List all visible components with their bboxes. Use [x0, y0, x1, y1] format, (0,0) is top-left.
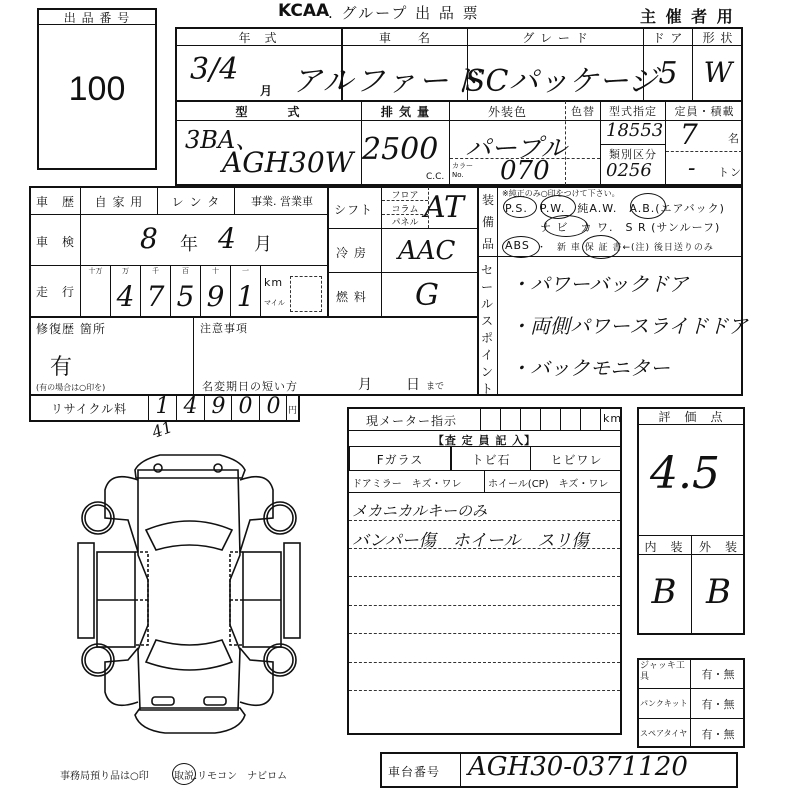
model-designation-label: 型式指定: [601, 103, 665, 119]
displacement-unit: C.C.: [426, 172, 444, 182]
color-no-value: 070: [500, 156, 550, 186]
accessory-puncture-kit-value: 有・無: [691, 696, 745, 712]
caution-label: 注意事項: [200, 320, 248, 336]
score-label: 評 価 点: [637, 408, 745, 425]
mileage-digit-label: 百: [171, 266, 200, 276]
header-title: . グループ 出 品 票: [328, 2, 480, 23]
load-unit: トン: [718, 164, 742, 180]
fuel-value: G: [415, 278, 439, 313]
wheel-label: ホイール(CP) キズ・ワレ: [488, 475, 608, 490]
sales-points-label: セールスポイント: [481, 262, 495, 398]
accessory-puncture-kit-label: パンクキット: [640, 698, 688, 709]
caution-day-unit: 日: [406, 374, 421, 394]
inspector-note: バンパー傷 ホイール スリ傷: [352, 526, 588, 551]
repair-label: 修復歴 箇所: [36, 320, 106, 337]
model-designation-value: 18553: [606, 120, 663, 141]
mileage-digit: 1: [231, 280, 260, 313]
doors-label: ド ア: [644, 29, 692, 46]
recycle-digit: 1: [149, 394, 176, 419]
circle-mark-ab: [630, 193, 666, 219]
load-value: -: [688, 156, 695, 181]
sales-point: ・両側パワースライドドア: [510, 310, 748, 339]
office-note: 事務局預り品は○印: [60, 767, 149, 782]
caution-month-unit: 月: [358, 374, 373, 394]
meter-unit: km: [603, 412, 622, 425]
mileage-digit: 4: [111, 280, 140, 313]
recycle-digit: 0: [260, 394, 287, 419]
score-value: 4.5: [650, 448, 720, 499]
shift-label: シフト: [334, 201, 373, 218]
inspection-year-unit: 年: [180, 230, 199, 256]
circle-mark-warranty: [582, 235, 620, 259]
mileage-digit-label: 十万: [81, 266, 110, 276]
grade-label: グ レ ー ド: [468, 29, 643, 46]
model-value-2: AGH30W: [222, 146, 353, 179]
color-no-label: カラー No.: [452, 162, 476, 180]
inspector-header: 【査 定 員 記 入】: [347, 432, 622, 448]
shape-label: 形 状: [693, 29, 743, 46]
mileage-digit-label: 十: [201, 266, 230, 276]
model-label: 型 式: [175, 103, 361, 120]
capacity-label: 定員・積載: [666, 103, 743, 119]
header-brand: KCAA: [278, 1, 329, 21]
history-label: 車 歴: [36, 193, 75, 210]
displacement-label: 排 気 量: [362, 103, 449, 120]
color-change-label: 色替: [566, 103, 600, 119]
history-option-rental: レ ン タ: [158, 193, 234, 210]
recycle-label: リサイクル料: [30, 400, 148, 417]
fuel-label: 燃 料: [336, 288, 367, 305]
footer-items: 取説.リモコン ナビロム: [174, 767, 287, 782]
mileage-digit-label: 万: [111, 266, 140, 276]
shift-option-panel: パネル: [382, 215, 428, 228]
lot-number: 100: [37, 70, 157, 109]
mileage-digit: 7: [141, 280, 170, 313]
mileage-unit-km: km: [264, 276, 283, 289]
accessory-spare-tire-label: スペアタイヤ: [640, 728, 687, 739]
history-option-private: 自 家 用: [81, 193, 157, 210]
accessory-spare-tire-value: 有・無: [691, 726, 745, 742]
year-month-unit: 月: [260, 82, 273, 99]
shift-option-column: コラム: [382, 202, 428, 215]
lot-label: 出 品 番 号: [37, 9, 157, 26]
equipment-line-1: P.S. P.W. 純A.W. A.B.(エアバック): [505, 200, 725, 216]
mileage-digit: 9: [201, 280, 230, 313]
shape-value: W: [693, 56, 743, 89]
circle-mark-navi: [544, 215, 588, 237]
chassis-label: 車台番号: [388, 763, 440, 780]
displacement-value: 2500: [362, 132, 438, 167]
category-value: 0256: [606, 160, 652, 181]
capacity-value: 7: [680, 118, 698, 151]
interior-label: 内 装: [637, 538, 691, 555]
repair-value: 有: [50, 350, 72, 381]
circle-mark-abs: [502, 236, 540, 258]
year-value: 3/4: [190, 52, 238, 87]
mileage-unit-mile: マイル: [264, 298, 285, 308]
stone-chip-label: トビ石: [452, 451, 530, 468]
caution-until: まで: [426, 379, 444, 392]
car-name-value: アルファード: [292, 56, 482, 100]
ac-label: 冷 房: [336, 244, 367, 261]
capacity-unit: 名: [728, 130, 740, 146]
shift-option-floor: フロア: [382, 188, 428, 201]
exterior-label: 外 装: [692, 538, 745, 555]
mileage-digit-label: 千: [141, 266, 170, 276]
header-usage: 主 催 者 用: [640, 4, 735, 27]
inspection-month-value: 4: [218, 222, 236, 255]
year-label: 年 式: [175, 29, 341, 46]
sales-point: ・バックモニター: [510, 352, 670, 381]
mileage-label: 走 行: [36, 283, 75, 300]
history-option-business: 事業. 営業車: [235, 193, 329, 209]
circle-mark-ps: [503, 196, 537, 218]
inspection-year-value: 8: [140, 222, 158, 255]
exterior-value: B: [692, 572, 745, 612]
exterior-color-label: 外装色: [450, 103, 565, 120]
inspector-note: メカニカルキーのみ: [352, 500, 487, 521]
accessory-jack-label: ジャッキ工具: [640, 661, 688, 683]
doors-value: 5: [644, 56, 692, 91]
shift-value: AT: [424, 190, 464, 225]
chassis-number: AGH30-0371120: [468, 752, 688, 782]
recycle-unit: 円: [288, 403, 297, 416]
meter-label: 現メーター指示: [366, 412, 457, 429]
repair-note: (有の場合は○印を): [36, 382, 105, 393]
equipment-label-1: 装: [482, 191, 495, 208]
ac-value: AAC: [398, 236, 455, 266]
recycle-digit: 4: [177, 394, 204, 419]
mirror-label: ドアミラー キズ・ワレ: [352, 475, 462, 490]
inspection-label: 車 検: [36, 233, 75, 250]
grade-value: SCパッケージ: [465, 56, 658, 100]
recycle-digit: 9: [205, 394, 232, 419]
equipment-label-3: 品: [482, 235, 495, 252]
car-damage-diagram[interactable]: [70, 440, 310, 740]
equipment-line-3: ・ 新 車 保 証 書←(注) 後日送りのみ: [537, 240, 714, 253]
mileage-digit-label: 一: [231, 266, 260, 276]
windshield-label: Fガラス: [350, 451, 450, 468]
recycle-digit: 0: [232, 394, 259, 419]
mileage-digit: 5: [171, 280, 200, 313]
accessory-jack-value: 有・無: [691, 666, 745, 682]
crack-label: ヒビワレ: [531, 451, 622, 468]
car-name-label: 車 名: [343, 29, 467, 46]
inspection-month-unit: 月: [254, 230, 273, 256]
equipment-label-2: 備: [482, 213, 495, 230]
name-change-label: 名変期日の短い方: [202, 378, 298, 394]
sales-point: ・パワーバックドア: [510, 268, 688, 297]
interior-value: B: [637, 572, 691, 612]
